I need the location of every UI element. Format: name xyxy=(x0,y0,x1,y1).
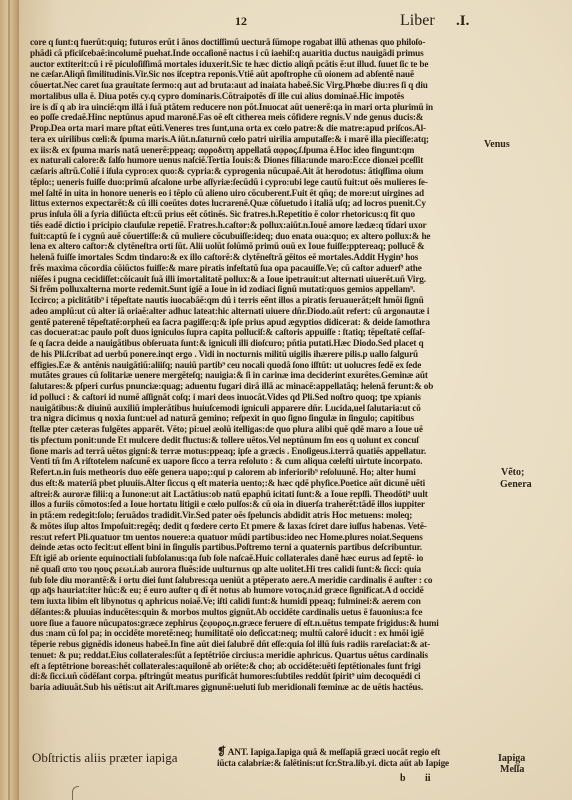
text-line: helenã fuiſſe imortales Scdm tindaro:& e… xyxy=(30,252,475,263)
text-line: & mõtes iſup altos Impoſuit:regẽq; dedit… xyxy=(30,521,475,532)
text-line: eo poſſe credaẽ.Hinc neptũnus apud maron… xyxy=(30,112,475,123)
binding-crease xyxy=(8,0,10,800)
text-line: tem iuxta libim eſt libynotus q aphricus… xyxy=(30,596,475,607)
text-line: ne cæſar.Aliqñ ſimilitudinis.Vir.Sic nos… xyxy=(30,69,475,80)
scanned-book-page: 12 Liber .I. core q ſunt:q fuerũt:quiq; … xyxy=(0,0,572,800)
running-title: Liber xyxy=(400,12,435,30)
commentary-line-1: Iapiga.Iapiga quã & meſſapiã græci uocãt… xyxy=(250,747,440,757)
text-line: phãdi cã pficiſcebaẽ:incolumẽ puehat.Ind… xyxy=(30,48,475,59)
text-line: cõuertat.Nec caret ſua grauitate ſermo:q… xyxy=(30,80,475,91)
text-line: littus externos expectarẽt:& cũ illi coe… xyxy=(30,198,475,209)
text-line: Eſt igiẽ ab oriente equinoctiali ſubſola… xyxy=(30,553,475,564)
commentary-first-line: ❡ ANT. Iapiga.Iapiga quã & meſſapiã græc… xyxy=(217,747,477,758)
text-line: ſe q ſacra deide a nauigãtibus obſeruata… xyxy=(30,338,475,349)
text-line: Venti tñ ſm A riſtotelem naſcunẽ ex uapo… xyxy=(30,456,475,467)
text-line: tẽplo:; ueneris fuiſſe duo:primũ aſcalon… xyxy=(30,177,475,188)
text-line: niẽſes i pugna cecidiſſet:cõicauit ſuã i… xyxy=(30,274,475,285)
commentary-text-block: core q ſunt:q fuerũt:quiq; futuros erũt … xyxy=(30,37,475,693)
text-line: tera ex uirilibus cœli:& ſpuma maris.A i… xyxy=(30,134,475,145)
text-line: tẽperie rebus gignẽdis idoneus habeẽ.In … xyxy=(30,639,475,650)
commentary-start: ❡ ANT. Iapiga.Iapiga quã & meſſapiã græc… xyxy=(217,747,477,769)
margin-note-messa: Meſſa xyxy=(500,764,524,775)
text-line: tis pfectum ponit:unde Et mulcere dedit … xyxy=(30,435,475,446)
text-line: ire is dĩ q ab ira uinciẽ:qm illã i ſuã … xyxy=(30,102,475,113)
text-line: frẽs maxima cõcordia cõiũctos fuiſſe:& m… xyxy=(30,263,475,274)
text-line: core q ſunt:q fuerũt:quiq; futuros erũt … xyxy=(30,37,475,48)
text-line: eſt a ſeptẽtrione boreas:hẽt collaterale… xyxy=(30,661,475,672)
text-line: Prop.Dea orta mari mare pſtat eũti.Vener… xyxy=(30,123,475,134)
text-line: Refert.n.in ſuis metheoris duo eẽſe gene… xyxy=(30,467,475,478)
margin-note-iapiga: Iapiga xyxy=(498,753,525,764)
verse-lemma: Obſtrictis aliis præter iapiga xyxy=(32,750,178,766)
signature-numeral: ii xyxy=(425,773,431,784)
book-number: .I. xyxy=(456,13,469,30)
text-line: uore ſiue a fauore nũcupatos:græce zephi… xyxy=(30,618,475,629)
margin-note-venus: Venus xyxy=(484,139,510,150)
text-line: Iccirco; a piclitãtib⁹ i tẽpeſtate nauti… xyxy=(30,295,475,306)
margin-note-ventorum: Vẽto; xyxy=(501,467,524,478)
text-line: de his Pli.ſcribat ad uerbũ ponere.inqt … xyxy=(30,349,475,360)
text-line: mortalibus ulla ẽ. Diua potẽs cy.q cypro… xyxy=(30,91,475,102)
text-line: effigies.Eæ & antẽnis nauigãtiũ:aliiſq; … xyxy=(30,360,475,371)
text-line: fuit:captũ ſe i cygnũ auẽ cõuertiſſe:& c… xyxy=(30,231,475,242)
text-line: Si frẽm polluxalterna morte redemit.Sunt… xyxy=(30,284,475,295)
text-line: aſtrei:& auroræ filii:q a Iunone:ut ait … xyxy=(30,489,475,500)
text-line: ſub ſole diu morantẽ:& i ortu diei ſunt … xyxy=(30,575,475,586)
text-line: cas docuerat:ac paulo poſt duos igniculo… xyxy=(30,327,475,338)
text-line: dus eſt:& materiã pbet pluuiis.Alter ſic… xyxy=(30,478,475,489)
text-line: ex iis:& ex ſpuma maris natã uenerẽ:ppea… xyxy=(30,145,475,156)
text-line: auctor extiterit:cũ i rẽ piculoſiſſimã m… xyxy=(30,59,475,70)
text-line: di:& ſicci.uñ cõdẽſant corpa. ᵽſtringũt … xyxy=(30,671,475,682)
text-line: dus :nam cũ ſol pa; in occidẽte moretẽ:n… xyxy=(30,628,475,639)
signature-letter: b xyxy=(400,773,406,784)
text-line: ſione maris ad terrã uẽtos gigni:& terræ… xyxy=(30,446,475,457)
text-line: nauigãtibus:& diuinũ auxiliũ implerãtibu… xyxy=(30,403,475,414)
commentary-line-2: iũcta calabriæ:& ſalẽtinis:ut ſcr.Stra.l… xyxy=(217,758,477,769)
text-line: id polluci : & caſtori id numẽ aſſignãt … xyxy=(30,392,475,403)
text-line: cæſaris aſtrũ.Coliẽ i iſula cypro:ex quo… xyxy=(30,166,475,177)
text-line: nẽ quaſi απο του ηους ρεωι.i.ab aurora f… xyxy=(30,564,475,575)
page-header: 12 Liber .I. xyxy=(0,14,572,34)
text-line: adeo amplũ:ut cũ alter iã oriaẽ:alter ad… xyxy=(30,306,475,317)
text-line: illos a furiis cõmotos:ſed a Ioue hortat… xyxy=(30,499,475,510)
pilcrow-icon: ❡ xyxy=(217,746,226,758)
text-line: res:ut refert Pli.quatuor tm uentos noue… xyxy=(30,532,475,543)
folio-number: 12 xyxy=(235,14,247,29)
book-binding-edge xyxy=(0,0,19,800)
text-line: mutãtes graues cũ ſolitariæ uenere mergẽ… xyxy=(30,370,475,381)
ink-flourish xyxy=(72,786,79,800)
text-line: ex naturali calore:& ſalſo humore uenus … xyxy=(30,155,475,166)
text-line: tiẽs eadẽ dictio i pricipio clauſulæ rep… xyxy=(30,220,475,231)
text-line: baria adiuuãt.Sub his uẽtis:ut ait Ariſt… xyxy=(30,682,475,693)
text-line: lena ex altero caſtor:& clytẽneſtra orti… xyxy=(30,241,475,252)
commentary-marker: ANT. xyxy=(228,747,248,757)
text-line: dẽſantes:& pluuias inducẽtes:quin & morb… xyxy=(30,607,475,618)
text-line: in ptã:em redegit:ſolo; ſeruãdos tradidi… xyxy=(30,510,475,521)
text-line: ſalutares:& pſperi curſus pnunciæ:quag; … xyxy=(30,381,475,392)
text-line: tenuet: & pu; reddat.Eius collaterales:ſ… xyxy=(30,650,475,661)
text-line: qp aq̃s hauriat:iter hũc:& eu; ẽ euro au… xyxy=(30,585,475,596)
text-line: mel ſaltẽ in uita in honore ueneris eo i… xyxy=(30,188,475,199)
text-line: gentẽ paterenẽ tẽpeſtatẽ:orpheũ ea ſacra… xyxy=(30,317,475,328)
margin-note-genera: Genera xyxy=(500,479,532,490)
text-line: prus inſula õli a ſyria diſiũcta eſt:cũ … xyxy=(30,209,475,220)
text-line: ſtellæ pter cæteras fulgẽtes apparẽt. Vẽ… xyxy=(30,424,475,435)
text-line: tra nigra dicimus q noxia ſunt:uel ad na… xyxy=(30,413,475,424)
text-line: deinde ætas octo fecit:ut eſſent bini in… xyxy=(30,542,475,553)
